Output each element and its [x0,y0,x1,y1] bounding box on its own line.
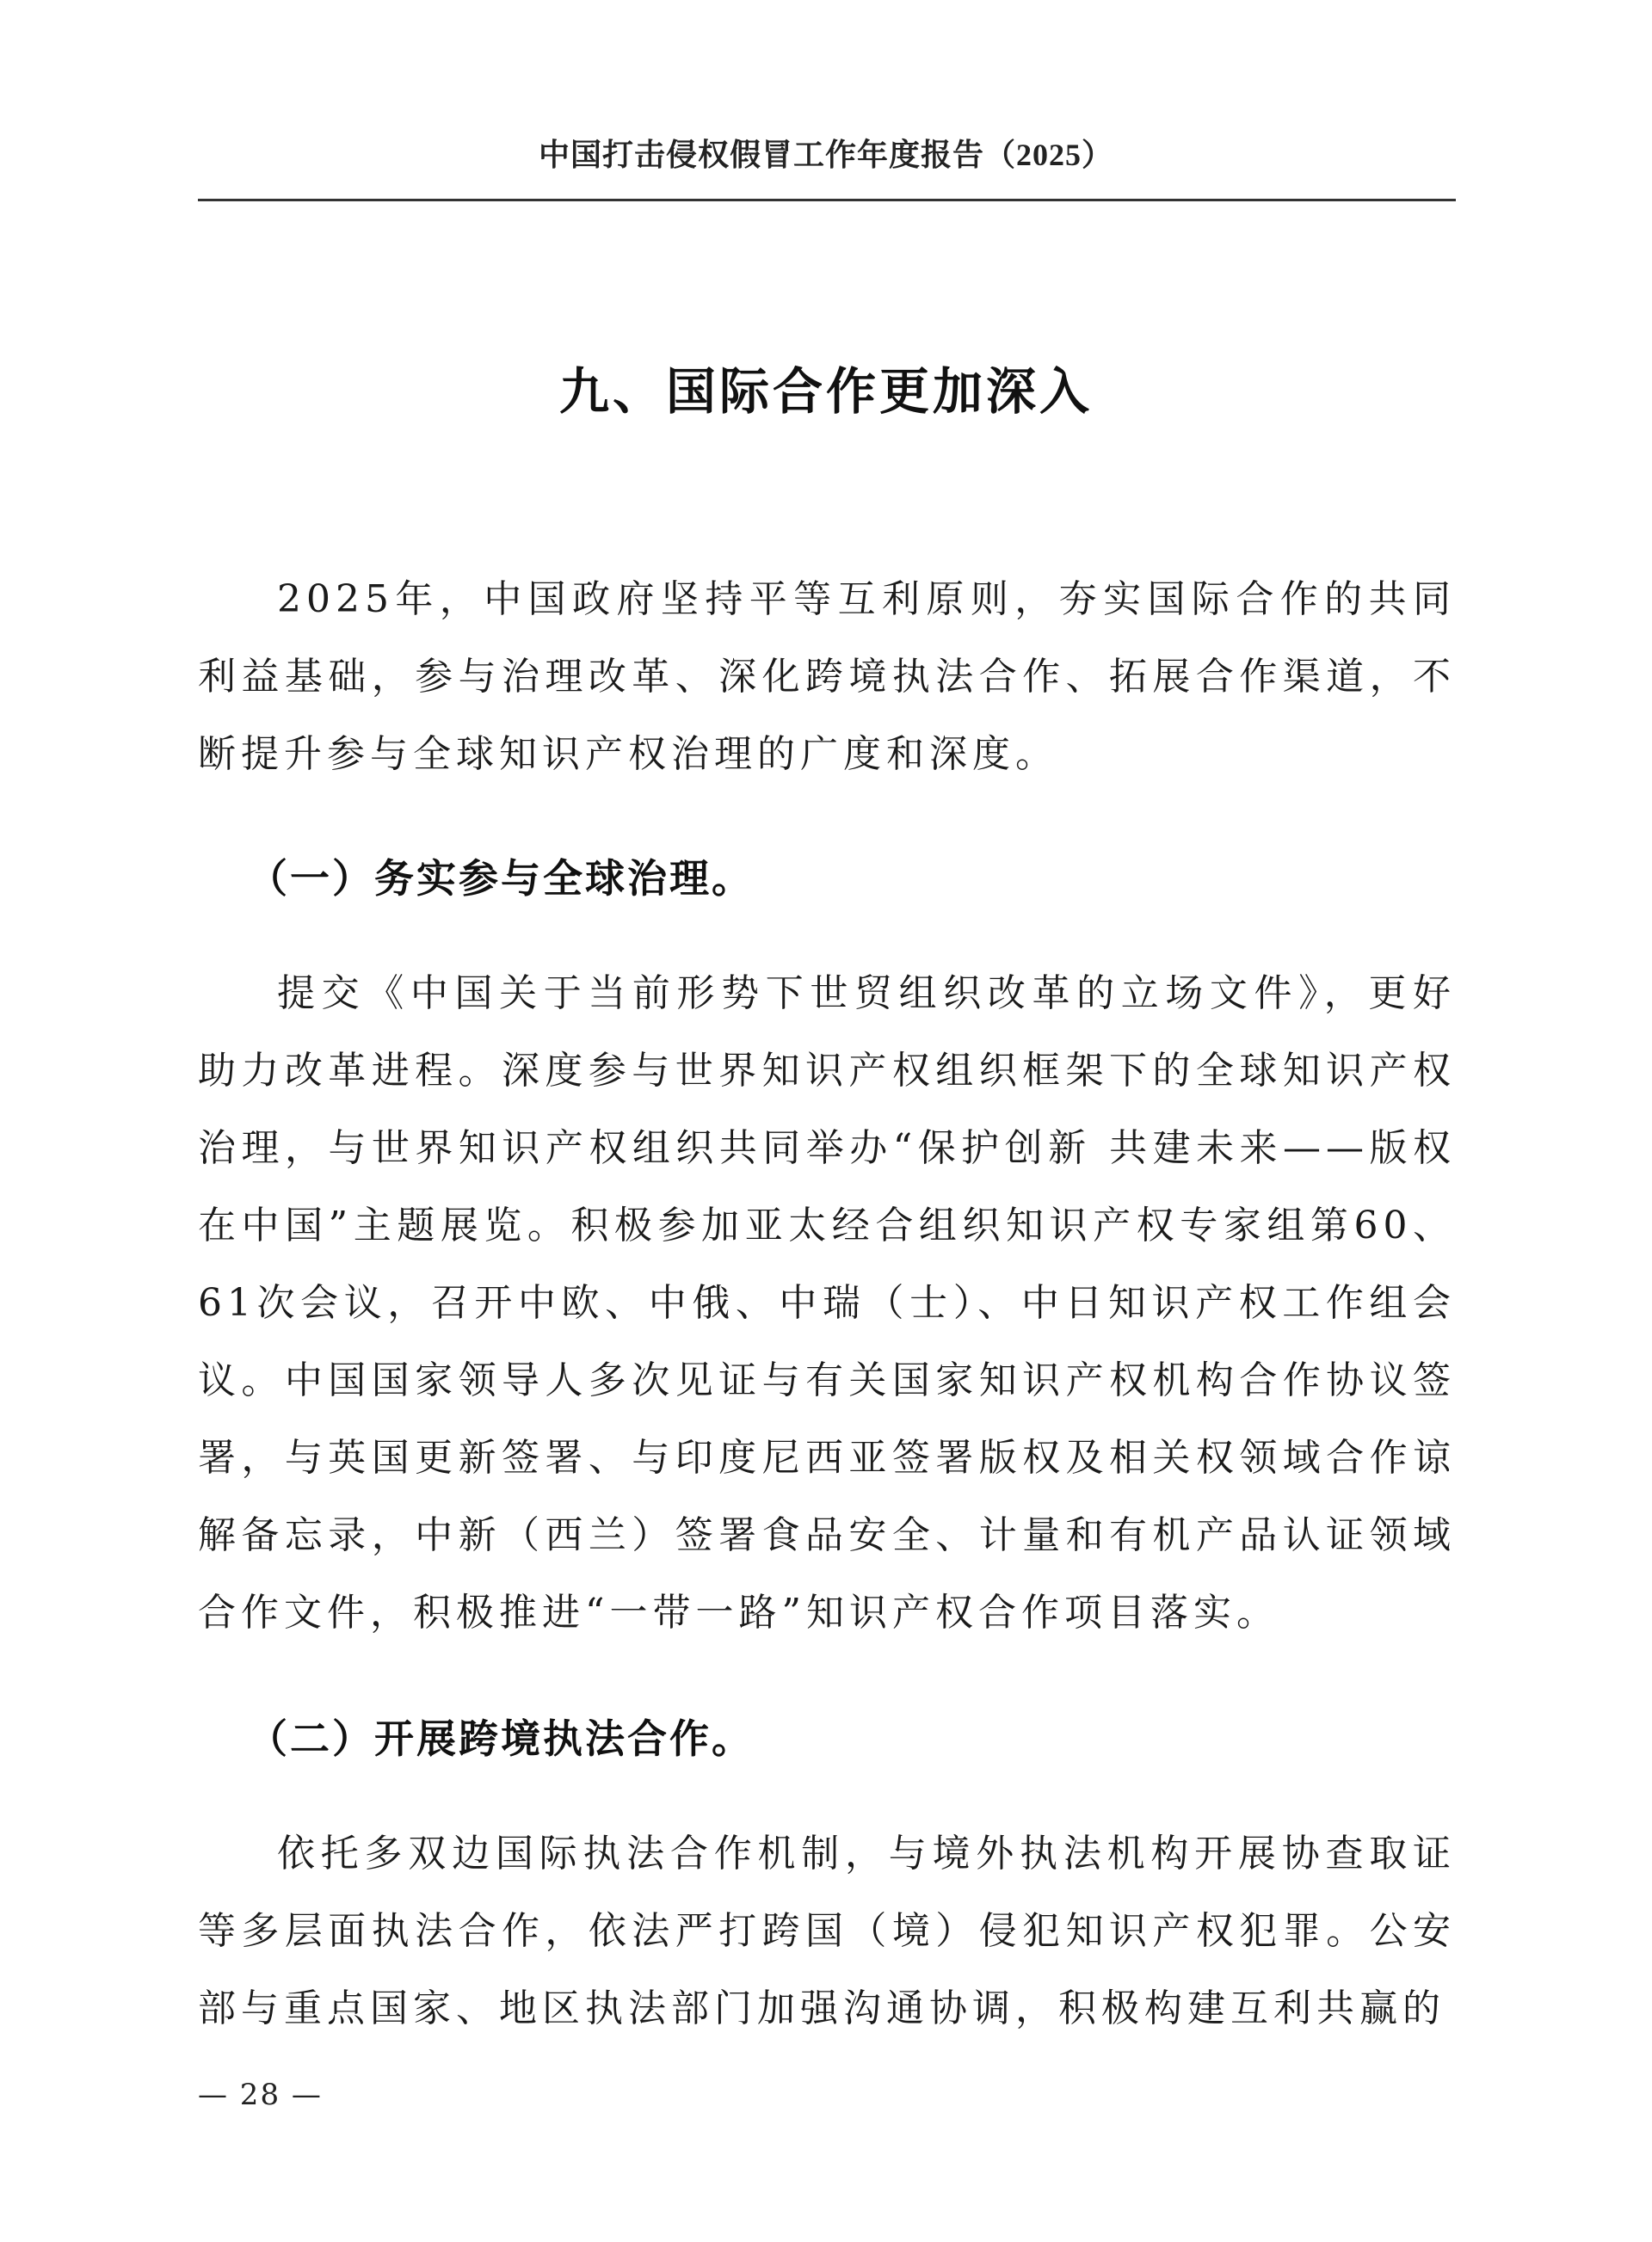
header-divider [198,199,1456,201]
page-number: — 28 — [198,2078,323,2112]
running-header-title: 中国打击侵权假冒工作年度报告（2025） [0,131,1652,175]
section-heading-global-governance: （一）务实参与全球治理。 [198,847,1506,904]
chapter-title: 九、国际合作更加深入 [0,351,1652,423]
intro-paragraph: 2025年，中国政府坚持平等互利原则，夯实国际合作的共同利益基础，参与治理改革、… [198,561,1456,793]
section-heading-cross-border-enforcement: （二）开展跨境执法合作。 [198,1708,1506,1765]
section-paragraph-cross-border-enforcement: 依托多双边国际执法合作机制，与境外执法机构开展协查取证等多层面执法合作，依法严打… [198,1815,1456,2048]
section-paragraph-global-governance: 提交《中国关于当前形势下世贸组织改革的立场文件》，更好助力改革进程。深度参与世界… [198,955,1456,1652]
